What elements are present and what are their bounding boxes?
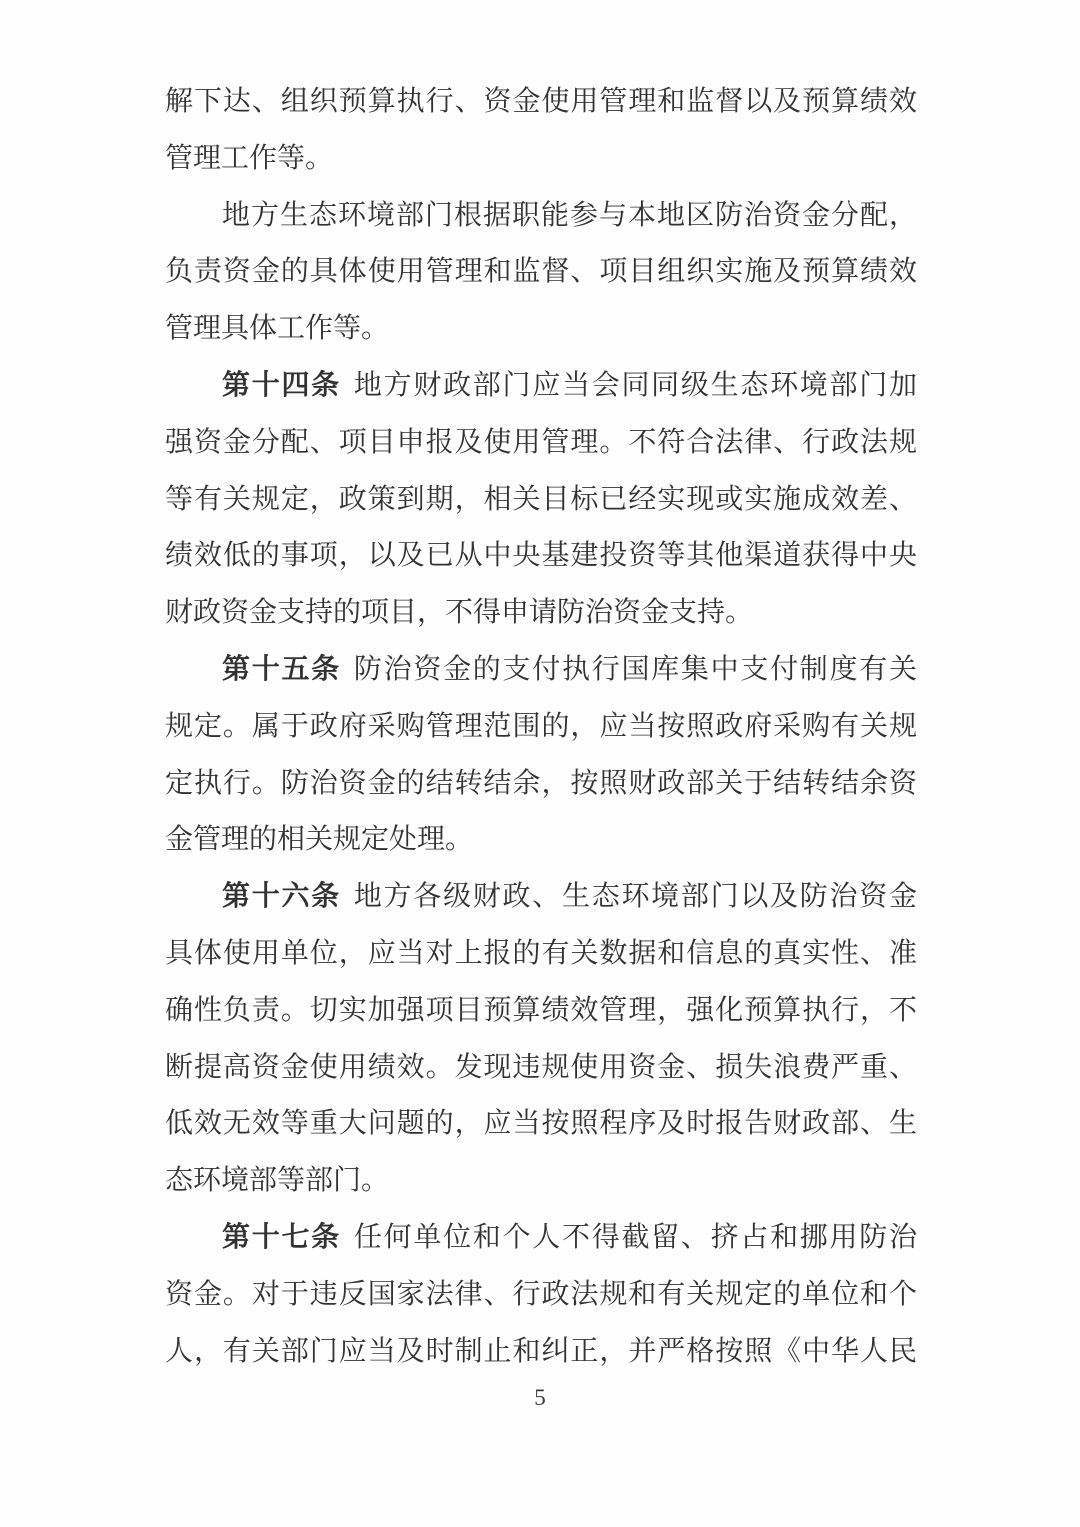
- line-text: 管理工作等。: [165, 143, 333, 174]
- text-line: 资金。对于违反国家法律、行政法规和有关规定的单位和个: [165, 1267, 917, 1324]
- text-line: 规定。属于政府采购管理范围的，应当按照政府采购有关规: [165, 699, 917, 756]
- line-text: 任何单位和个人不得截留、挤占和挪用防治: [354, 1222, 917, 1253]
- text-line: 第十六条地方各级财政、生态环境部门以及防治资金: [165, 869, 917, 926]
- line-text: 规定。属于政府采购管理范围的，应当按照政府采购有关规: [165, 711, 917, 742]
- line-text: 管理具体工作等。: [165, 313, 389, 344]
- line-text: 地方生态环境部门根据职能参与本地区防治资金分配，: [222, 200, 917, 231]
- text-line: 财政资金支持的项目，不得申请防治资金支持。: [165, 585, 917, 642]
- article-number: 第十六条: [222, 881, 341, 912]
- line-text: 低效无效等重大问题的，应当按照程序及时报告财政部、生: [165, 1108, 917, 1139]
- line-text: 解下达、组织预算执行、资金使用管理和监督以及预算绩效: [165, 86, 917, 117]
- line-text: 地方财政部门应当会同同级生态环境部门加: [354, 370, 917, 401]
- text-line: 负责资金的具体使用管理和监督、项目组织实施及预算绩效: [165, 244, 917, 301]
- document-page: 解下达、组织预算执行、资金使用管理和监督以及预算绩效管理工作等。地方生态环境部门…: [0, 0, 1080, 1527]
- text-line: 确性负责。切实加强项目预算绩效管理，强化预算执行，不: [165, 983, 917, 1040]
- text-line: 人，有关部门应当及时制止和纠正，并严格按照《中华人民: [165, 1324, 917, 1381]
- line-text: 强资金分配、项目申报及使用管理。不符合法律、行政法规: [165, 427, 917, 458]
- text-line: 第十五条防治资金的支付执行国库集中支付制度有关: [165, 642, 917, 699]
- line-text: 资金。对于违反国家法律、行政法规和有关规定的单位和个: [165, 1279, 917, 1310]
- line-text: 金管理的相关规定处理。: [165, 824, 473, 855]
- line-text: 态环境部等部门。: [165, 1165, 389, 1196]
- line-text: 断提高资金使用绩效。发现违规使用资金、损失浪费严重、: [165, 1052, 917, 1083]
- text-line: 断提高资金使用绩效。发现违规使用资金、损失浪费严重、: [165, 1040, 917, 1097]
- text-line: 具体使用单位，应当对上报的有关数据和信息的真实性、准: [165, 926, 917, 983]
- line-text: 确性负责。切实加强项目预算绩效管理，强化预算执行，不: [165, 995, 917, 1026]
- text-line: 地方生态环境部门根据职能参与本地区防治资金分配，: [165, 188, 917, 245]
- line-text: 负责资金的具体使用管理和监督、项目组织实施及预算绩效: [165, 256, 917, 287]
- text-line: 绩效低的事项，以及已从中央基建投资等其他渠道获得中央: [165, 528, 917, 585]
- article-number: 第十五条: [222, 654, 341, 685]
- text-line: 管理具体工作等。: [165, 301, 917, 358]
- line-text: 等有关规定，政策到期，相关目标已经实现或实施成效差、: [165, 484, 917, 515]
- article-number: 第十四条: [222, 370, 341, 401]
- text-line: 强资金分配、项目申报及使用管理。不符合法律、行政法规: [165, 415, 917, 472]
- line-text: 地方各级财政、生态环境部门以及防治资金: [354, 881, 917, 912]
- line-text: 财政资金支持的项目，不得申请防治资金支持。: [165, 597, 753, 628]
- line-text: 绩效低的事项，以及已从中央基建投资等其他渠道获得中央: [165, 540, 917, 571]
- line-text: 具体使用单位，应当对上报的有关数据和信息的真实性、准: [165, 938, 917, 969]
- line-text: 人，有关部门应当及时制止和纠正，并严格按照《中华人民: [165, 1336, 917, 1367]
- text-line: 第十七条任何单位和个人不得截留、挤占和挪用防治: [165, 1210, 917, 1267]
- page-number: 5: [0, 1384, 1080, 1412]
- text-line: 第十四条地方财政部门应当会同同级生态环境部门加: [165, 358, 917, 415]
- line-text: 防治资金的支付执行国库集中支付制度有关: [354, 654, 917, 685]
- text-line: 定执行。防治资金的结转结余，按照财政部关于结转结余资: [165, 756, 917, 813]
- article-number: 第十七条: [222, 1222, 341, 1253]
- text-line: 低效无效等重大问题的，应当按照程序及时报告财政部、生: [165, 1096, 917, 1153]
- text-line: 管理工作等。: [165, 131, 917, 188]
- text-line: 等有关规定，政策到期，相关目标已经实现或实施成效差、: [165, 472, 917, 529]
- document-body: 解下达、组织预算执行、资金使用管理和监督以及预算绩效管理工作等。地方生态环境部门…: [0, 0, 1080, 1380]
- text-line: 解下达、组织预算执行、资金使用管理和监督以及预算绩效: [165, 74, 917, 131]
- text-line: 金管理的相关规定处理。: [165, 812, 917, 869]
- line-text: 定执行。防治资金的结转结余，按照财政部关于结转结余资: [165, 768, 917, 799]
- text-line: 态环境部等部门。: [165, 1153, 917, 1210]
